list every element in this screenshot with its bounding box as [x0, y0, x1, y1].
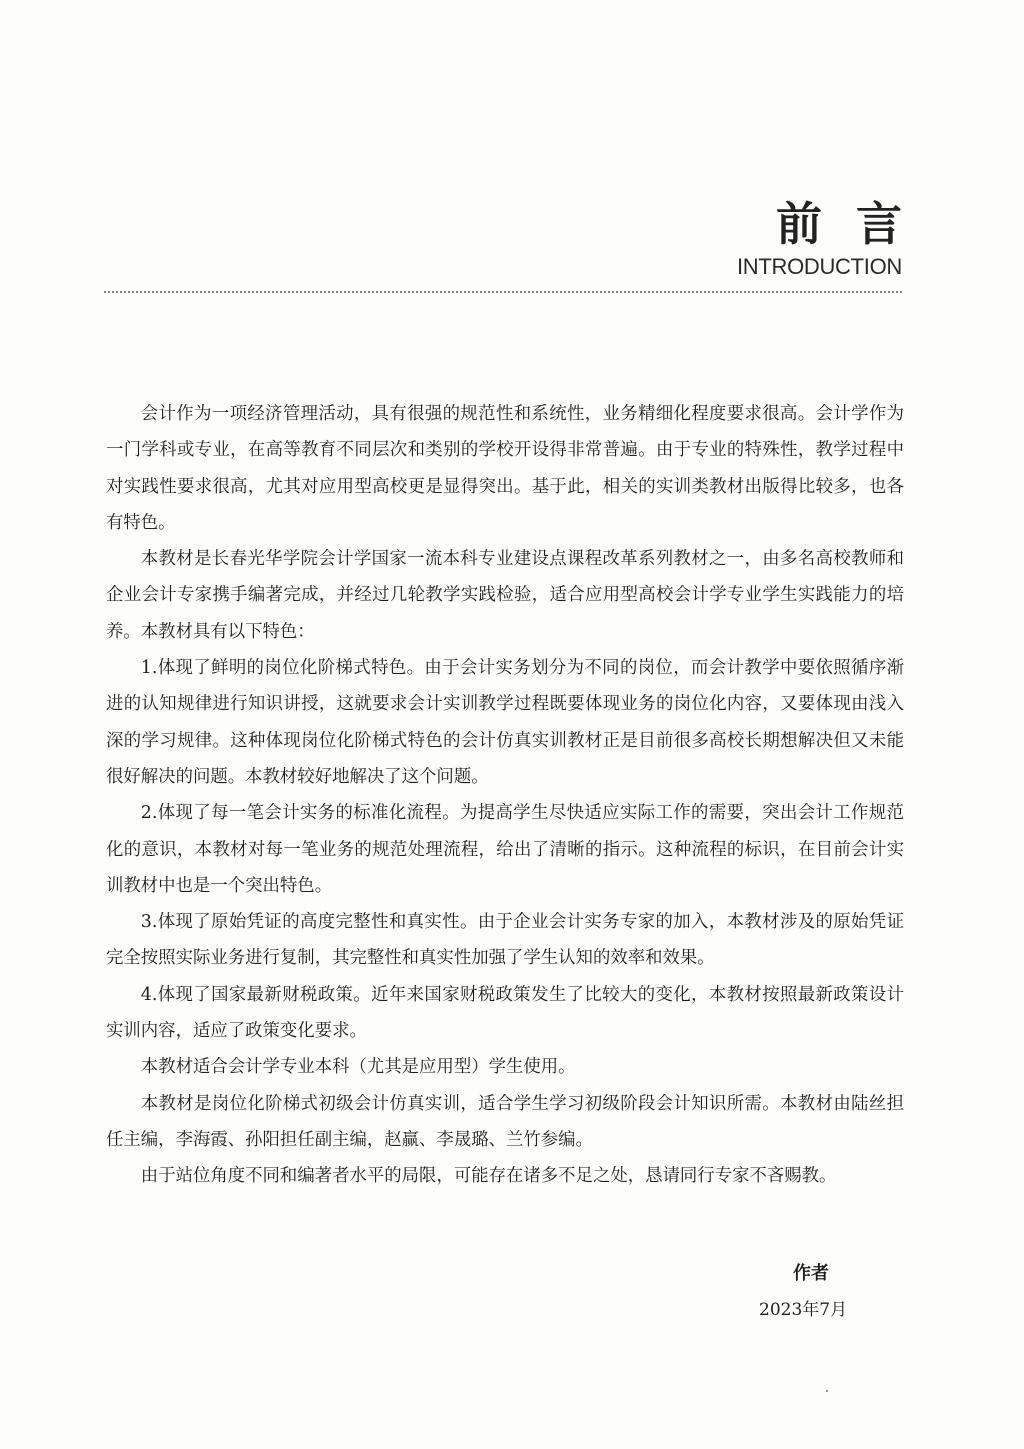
scan-speck — [826, 1390, 828, 1392]
preface-body: 会计作为一项经济管理活动，具有很强的规范性和系统性，业务精细化程度要求很高。会计… — [106, 396, 904, 1195]
paragraph-about-textbook: 本教材是长春光华学院会计学国家一流本科专业建设点课程改革系列教材之一，由多名高校… — [106, 541, 904, 650]
paragraph-editors: 本教材是岗位化阶梯式初级会计仿真实训，适合学生学习初级阶段会计知识所需。本教材由… — [106, 1086, 904, 1159]
paragraph-feature-1: 1.体现了鲜明的岗位化阶梯式特色。由于会计实务划分为不同的岗位，而会计教学中要依… — [106, 650, 904, 795]
paragraph-feature-3: 3.体现了原始凭证的高度完整性和真实性。由于企业会计实务专家的加入，本教材涉及的… — [106, 904, 904, 977]
page-heading: 前言 INTRODUCTION — [737, 196, 902, 280]
document-page: 前言 INTRODUCTION 会计作为一项经济管理活动，具有很强的规范性和系统… — [0, 0, 1024, 1449]
dotted-divider — [104, 291, 902, 293]
paragraph-intro: 会计作为一项经济管理活动，具有很强的规范性和系统性，业务精细化程度要求很高。会计… — [106, 396, 904, 541]
signature-block: 作者 2023年7月 — [775, 1262, 847, 1322]
signature-date: 2023年7月 — [759, 1298, 847, 1322]
paragraph-audience: 本教材适合会计学专业本科（尤其是应用型）学生使用。 — [106, 1049, 904, 1085]
signature-author: 作者 — [775, 1262, 847, 1286]
page-subtitle: INTRODUCTION — [737, 254, 902, 280]
paragraph-feature-2: 2.体现了每一笔会计实务的标准化流程。为提高学生尽快适应实际工作的需要，突出会计… — [106, 795, 904, 904]
paragraph-closing: 由于站位角度不同和编著者水平的局限，可能存在诸多不足之处，恳请同行专家不吝赐教。 — [106, 1158, 904, 1194]
paragraph-feature-4: 4.体现了国家最新财税政策。近年来国家财税政策发生了比较大的变化，本教材按照最新… — [106, 977, 904, 1050]
page-title: 前言 — [737, 196, 936, 252]
